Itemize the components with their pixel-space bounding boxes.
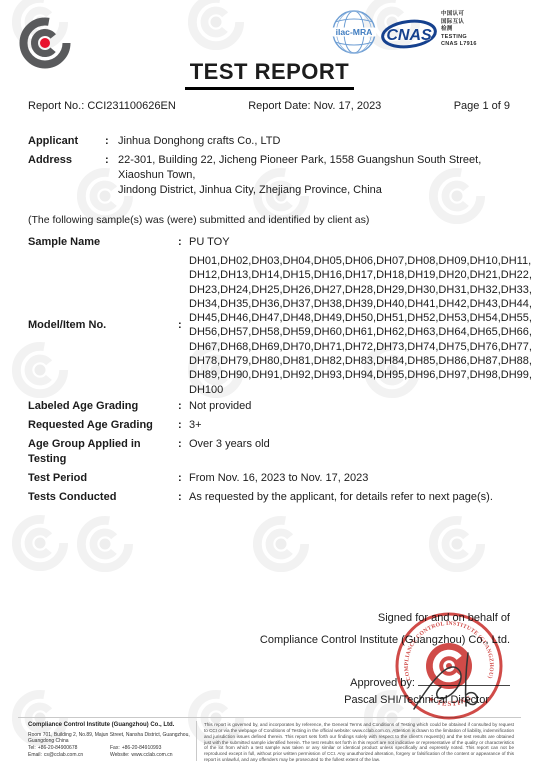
address-label: Address	[28, 153, 105, 198]
age-group-value: Over 3 years old	[189, 437, 510, 467]
address-line: Jindong District, Jinhua City, Zhejiang …	[118, 183, 510, 198]
colon: :	[178, 399, 189, 414]
field-row-age-group: Age Group Applied in Testing : Over 3 ye…	[28, 437, 510, 467]
ilac-mra-label: ilac-MRA	[336, 27, 373, 37]
footer-website-link[interactable]: www.cclab.com.cn	[131, 752, 172, 758]
labeled-age-value: Not provided	[189, 399, 510, 414]
model-line: DH67,DH68,DH69,DH70,DH71,DH72,DH73,DH74,…	[189, 340, 532, 354]
colon: :	[178, 471, 189, 486]
field-row-labeled-age: Labeled Age Grading : Not provided	[28, 399, 510, 414]
model-line: DH12,DH13,DH14,DH15,DH16,DH17,DH18,DH19,…	[189, 268, 532, 282]
colon: :	[178, 490, 189, 505]
footer-email-link[interactable]: cs@cclab.com.cn	[44, 752, 83, 758]
model-label: Model/Item No.	[28, 318, 178, 333]
colon: :	[178, 318, 189, 333]
field-row-model: Model/Item No. : DH01,DH02,DH03,DH04,DH0…	[28, 254, 510, 397]
test-report-page: ilac-MRA CNAS 中国认可 国际互认 检测 TESTING CNAS …	[0, 0, 539, 771]
labeled-age-label: Labeled Age Grading	[28, 399, 178, 414]
footer-tel: Tel: +86-20-84900678	[28, 745, 106, 751]
colon: :	[178, 235, 189, 250]
accreditation-text-block: 中国认可 国际互认 检测 TESTING CNAS L7916	[441, 11, 477, 49]
company-stamp-icon: COMPLIANCE CONTROL INSTITUTE (GUANGZHOU)…	[394, 611, 504, 721]
footer-email-label: Email:	[28, 752, 42, 758]
accreditation-line: CNAS L7916	[441, 41, 477, 49]
accreditation-line: 检测	[441, 26, 477, 34]
report-date: Report Date: Nov. 17, 2023	[248, 100, 381, 112]
report-number: Report No.: CCI231100626EN	[28, 100, 176, 112]
sample-name-label: Sample Name	[28, 235, 178, 250]
footer-fax-value: +86-20-84910993	[122, 745, 162, 751]
page-title: TEST REPORT	[185, 59, 355, 90]
colon: :	[178, 418, 189, 433]
report-meta-row: Report No.: CCI231100626EN Report Date: …	[28, 100, 510, 112]
model-line: DH78,DH79,DH80,DH81,DH82,DH83,DH84,DH85,…	[189, 354, 532, 368]
footer-tel-fax-row: Tel: +86-20-84900678 Fax: +86-20-8491099…	[28, 745, 194, 751]
ilac-mra-logo-icon: ilac-MRA	[331, 9, 377, 55]
requested-age-value: 3+	[189, 418, 510, 433]
footer-website: Website: www.cclab.com.cn	[110, 752, 188, 758]
model-line: DH89,DH90,DH91,DH92,DH93,DH94,DH95,DH96,…	[189, 368, 532, 382]
model-line: DH01,DH02,DH03,DH04,DH05,DH06,DH07,DH08,…	[189, 254, 532, 268]
footer-email-website-row: Email: cs@cclab.com.cn Website: www.ccla…	[28, 752, 194, 758]
model-line: DH34,DH35,DH36,DH37,DH38,DH39,DH40,DH41,…	[189, 297, 532, 311]
footer-company-block: Compliance Control Institute (Guangzhou)…	[28, 722, 194, 758]
field-row-requested-age: Requested Age Grading : 3+	[28, 418, 510, 433]
colon: :	[105, 134, 118, 149]
address-line: 22-301, Building 22, Jicheng Pioneer Par…	[118, 153, 510, 183]
tests-conducted-label: Tests Conducted	[28, 490, 178, 505]
field-row-test-period: Test Period : From Nov. 16, 2023 to Nov.…	[28, 471, 510, 486]
report-date-value: Nov. 17, 2023	[314, 100, 382, 112]
accreditation-line: 中国认可	[441, 11, 477, 19]
footer-fax-label: Fax:	[110, 745, 120, 751]
field-row-sample-name: Sample Name : PU TOY	[28, 235, 510, 250]
model-line: DH56,DH57,DH58,DH59,DH60,DH61,DH62,DH63,…	[189, 325, 532, 339]
title-wrap: TEST REPORT	[0, 59, 539, 90]
address-value: 22-301, Building 22, Jicheng Pioneer Par…	[118, 153, 510, 198]
footer-tel-label: Tel:	[28, 745, 36, 751]
report-number-value: CCI231100626EN	[87, 100, 175, 112]
cnas-label: CNAS	[386, 27, 432, 44]
footer-disclaimer: This report is governed by, and incorpor…	[204, 722, 514, 763]
report-number-label: Report No.:	[28, 100, 84, 112]
report-date-label: Report Date:	[248, 100, 310, 112]
cnas-logo-icon: CNAS	[381, 17, 437, 51]
sample-note: (The following sample(s) was (were) subm…	[28, 213, 510, 227]
tests-conducted-value: As requested by the applicant, for detai…	[189, 490, 510, 505]
model-value: DH01,DH02,DH03,DH04,DH05,DH06,DH07,DH08,…	[189, 254, 532, 397]
applicant-label: Applicant	[28, 134, 105, 149]
test-period-label: Test Period	[28, 471, 178, 486]
model-line: DH100	[189, 383, 532, 397]
page-indicator: Page 1 of 9	[454, 100, 510, 112]
field-row-address: Address : 22-301, Building 22, Jicheng P…	[28, 153, 510, 198]
accreditation-line: TESTING	[441, 34, 477, 42]
footer-fax: Fax: +86-20-84910993	[110, 745, 188, 751]
age-group-label: Age Group Applied in Testing	[28, 437, 178, 467]
report-body: Applicant : Jinhua Donghong crafts Co., …	[28, 134, 510, 509]
sample-name-value: PU TOY	[189, 235, 510, 250]
footer-company-name: Compliance Control Institute (Guangzhou)…	[28, 722, 194, 728]
field-row-applicant: Applicant : Jinhua Donghong crafts Co., …	[28, 134, 510, 149]
model-line: DH45,DH46,DH47,DH48,DH49,DH50,DH51,DH52,…	[189, 311, 532, 325]
footer-email: Email: cs@cclab.com.cn	[28, 752, 106, 758]
footer-tel-value: +86-20-84900678	[38, 745, 78, 751]
model-line: DH23,DH24,DH25,DH26,DH27,DH28,DH29,DH30,…	[189, 283, 532, 297]
footer-website-label: Website:	[110, 752, 129, 758]
test-period-value: From Nov. 16, 2023 to Nov. 17, 2023	[189, 471, 510, 486]
colon: :	[178, 437, 189, 467]
footer-divider-vertical	[196, 721, 197, 761]
applicant-value: Jinhua Donghong crafts Co., LTD	[118, 134, 510, 149]
colon: :	[105, 153, 118, 198]
footer-company-address: Room 701, Building 2, No.89, Majun Stree…	[28, 732, 194, 744]
requested-age-label: Requested Age Grading	[28, 418, 178, 433]
field-row-tests-conducted: Tests Conducted : As requested by the ap…	[28, 490, 510, 505]
